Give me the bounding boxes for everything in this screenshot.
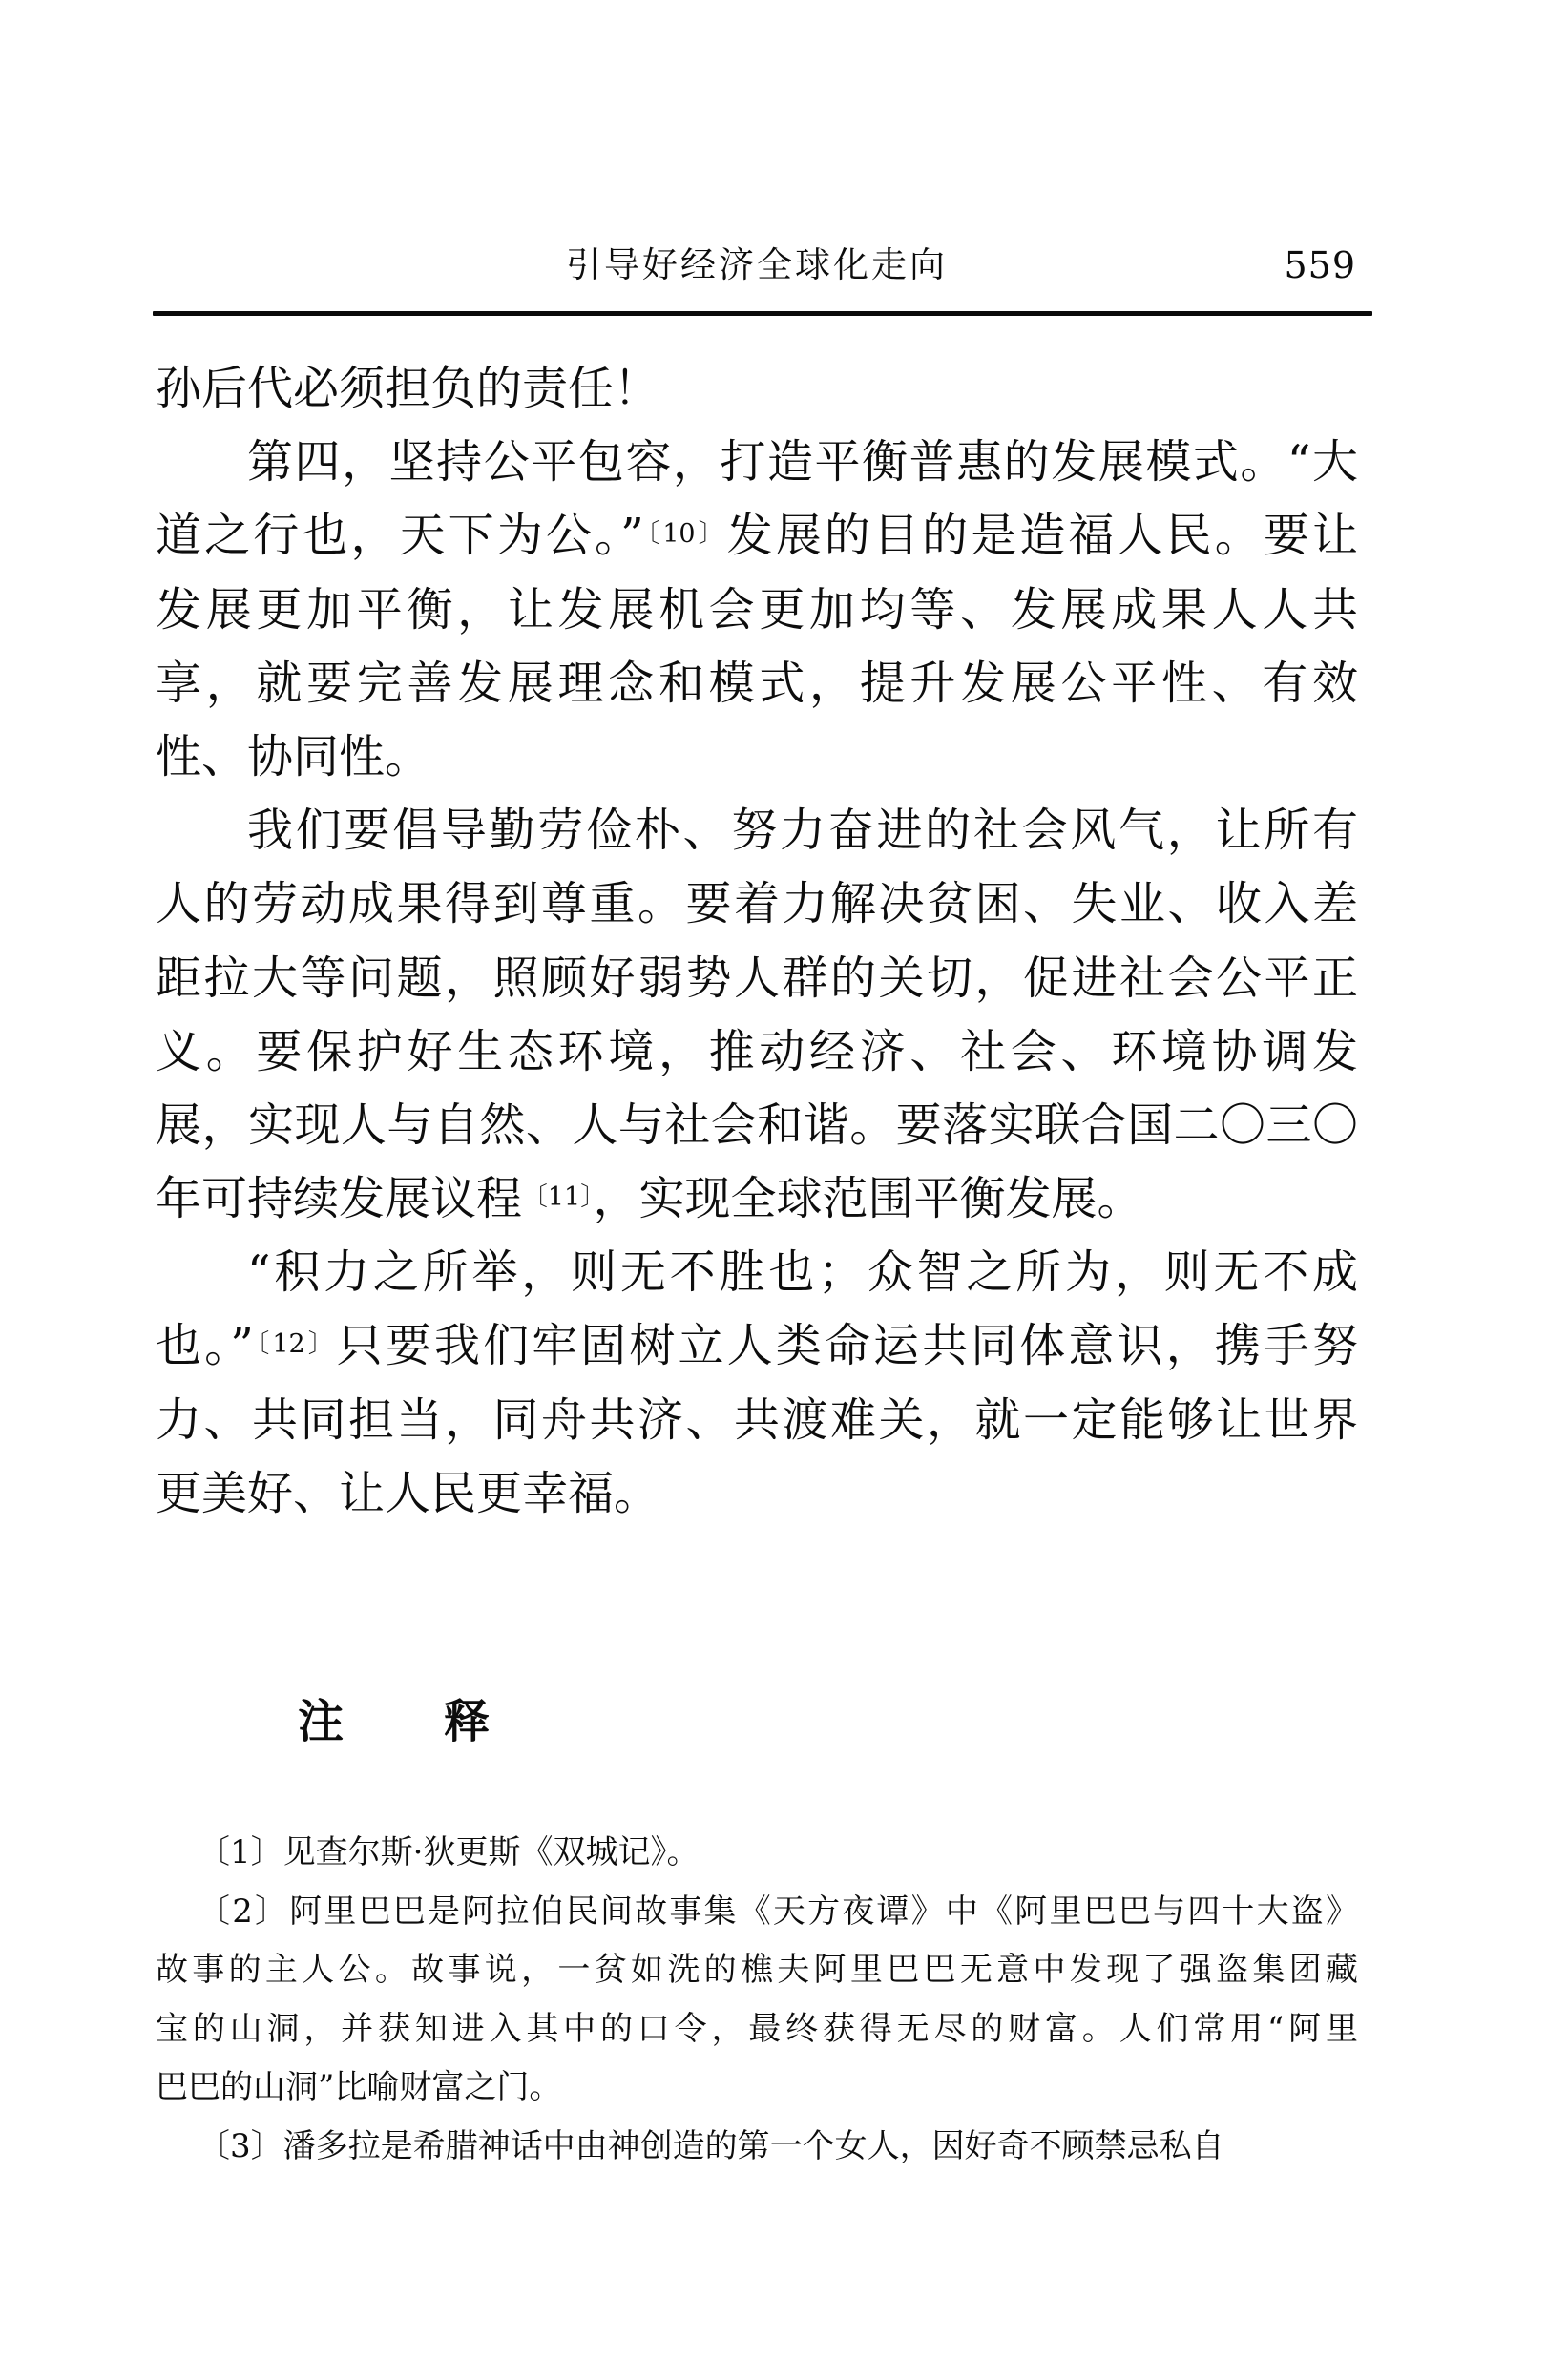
footnote-line: 故事的主人公。故事说，一贫如洗的樵夫阿里巴巴无意中发现了强盗集团藏 xyxy=(156,1941,1358,2000)
footnote-ref-12: 〔12〕 xyxy=(254,1329,337,1359)
running-header: 引导好经济全球化走向 559 xyxy=(156,244,1358,286)
footnote-line: 〔2〕阿里巴巴是阿拉伯民间故事集《天方夜谭》中《阿里巴巴与四十大盗》 xyxy=(156,1883,1358,1942)
text-line: 展，实现人与自然、人与社会和谐。要落实联合国二〇三〇 xyxy=(156,1089,1358,1162)
chapter-title: 引导好经济全球化走向 xyxy=(156,244,1358,286)
footnote-ref-10: 〔10〕 xyxy=(644,519,727,549)
footnotes-section: 〔1〕见查尔斯·狄更斯《双城记》。 〔2〕阿里巴巴是阿拉伯民间故事集《天方夜谭》… xyxy=(156,1824,1358,2176)
text-line: 人的劳动成果得到尊重。要着力解决贫困、失业、收入差 xyxy=(156,867,1358,941)
text-line: 道之行也，天下为公。”〔10〕发展的目的是造福人民。要让 xyxy=(156,499,1358,573)
body-text: 孙后代必须担负的责任！ 第四，坚持公平包容，打造平衡普惠的发展模式。“大 道之行… xyxy=(156,352,1358,1531)
page-number: 559 xyxy=(1284,244,1356,286)
text-line: 第四，坚持公平包容，打造平衡普惠的发展模式。“大 xyxy=(156,426,1358,499)
text-line: 力、共同担当，同舟共济、共渡难关，就一定能够让世界 xyxy=(156,1384,1358,1457)
text-line: 享，就要完善发展理念和模式，提升发展公平性、有效 xyxy=(156,647,1358,721)
text-line: 更美好、让人民更幸福。 xyxy=(156,1457,1358,1531)
book-page: 引导好经济全球化走向 559 孙后代必须担负的责任！ 第四，坚持公平包容，打造平… xyxy=(0,0,1568,2362)
header-divider-rule xyxy=(153,311,1372,316)
notes-section-heading: 注 释 xyxy=(298,1696,490,1747)
footnote-line: 宝的山洞，并获知进入其中的口令，最终获得无尽的财富。人们常用“阿里 xyxy=(156,2000,1358,2059)
text-line: 也。”〔12〕只要我们牢固树立人类命运共同体意识，携手努 xyxy=(156,1309,1358,1383)
text-line: 年可持续发展议程〔11〕，实现全球范围平衡发展。 xyxy=(156,1162,1358,1236)
footnote-ref-11: 〔11〕 xyxy=(522,1182,594,1212)
text-line: 发展更加平衡，让发展机会更加均等、发展成果人人共 xyxy=(156,574,1358,647)
text-line: “积力之所举，则无不胜也；众智之所为，则无不成 xyxy=(156,1236,1358,1309)
text-line: 我们要倡导勤劳俭朴、努力奋进的社会风气，让所有 xyxy=(156,794,1358,867)
footnote-line: 〔1〕见查尔斯·狄更斯《双城记》。 xyxy=(156,1824,1358,1883)
footnote-line: 巴巴的山洞”比喻财富之门。 xyxy=(156,2059,1358,2118)
text-line: 距拉大等问题，照顾好弱势人群的关切，促进社会公平正 xyxy=(156,942,1358,1015)
footnote-line: 〔3〕潘多拉是希腊神话中由神创造的第一个女人，因好奇不顾禁忌私自 xyxy=(156,2118,1358,2177)
text-line: 性、协同性。 xyxy=(156,721,1358,794)
text-line: 义。要保护好生态环境，推动经济、社会、环境协调发 xyxy=(156,1015,1358,1089)
text-line: 孙后代必须担负的责任！ xyxy=(156,352,1358,426)
